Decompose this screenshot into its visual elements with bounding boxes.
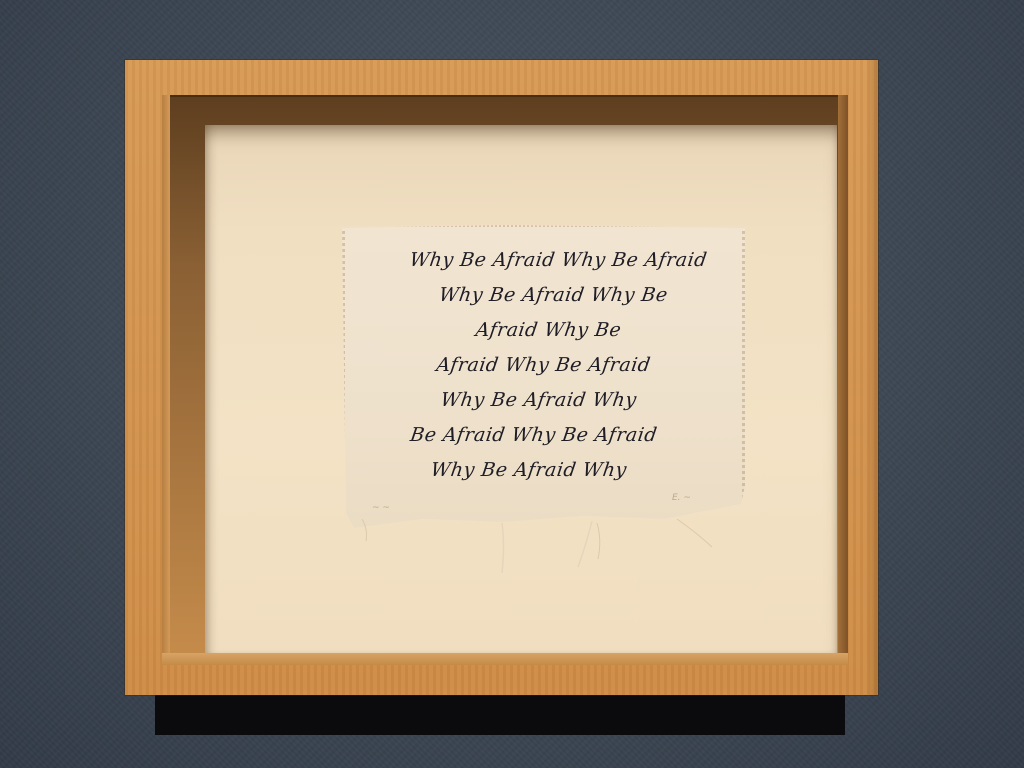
wooden-frame: Why Be Afraid Why Be Afraid Why Be Afrai… — [125, 60, 878, 695]
frame-drop-shadow — [155, 690, 845, 735]
bevel-right — [838, 95, 848, 665]
frame-edge-shading — [866, 60, 878, 695]
text-line: Why Be Afraid Why — [325, 453, 733, 488]
text-line: Afraid Why Be Afraid — [340, 348, 748, 383]
text-line: Why Be Afraid Why Be Afraid — [354, 243, 762, 278]
text-line: Be Afraid Why Be Afraid — [330, 418, 738, 453]
pencil-mark-right: E. ~ — [672, 493, 691, 503]
text-line: Afraid Why Be — [344, 313, 752, 348]
text-line: Why Be Afraid Why Be — [349, 278, 757, 313]
frame-inner-bevel: Why Be Afraid Why Be Afraid Why Be Afrai… — [162, 95, 848, 665]
mat-board: Why Be Afraid Why Be Afraid Why Be Afrai… — [205, 125, 837, 653]
embroidered-text: Why Be Afraid Why Be Afraid Why Be Afrai… — [325, 243, 762, 488]
pencil-mark-left: ~ ~ — [372, 503, 390, 513]
text-line: Why Be Afraid Why — [335, 383, 743, 418]
embroidered-fabric: Why Be Afraid Why Be Afraid Why Be Afrai… — [342, 225, 745, 528]
bevel-left — [162, 95, 170, 665]
loose-threads-icon — [342, 515, 745, 575]
bevel-bottom — [162, 653, 848, 665]
